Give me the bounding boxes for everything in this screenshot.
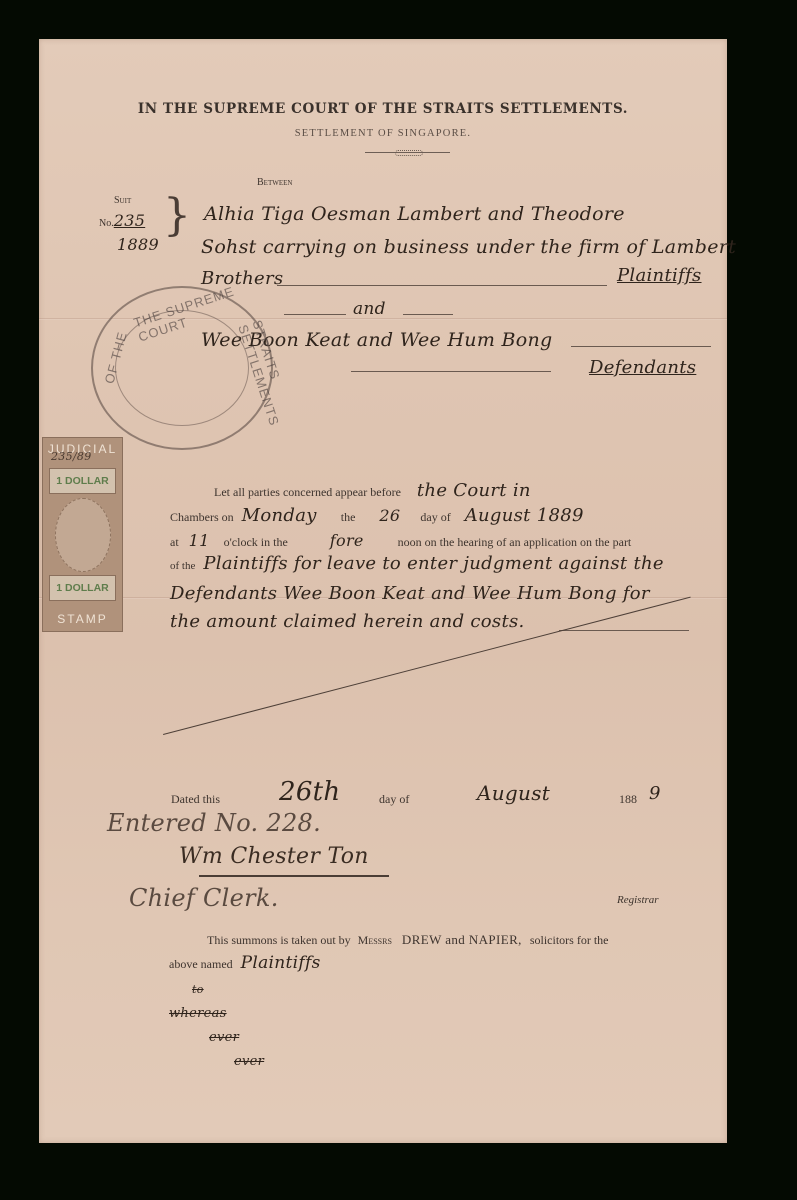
printed-text: the <box>341 510 356 524</box>
printed-text: above named <box>169 957 233 971</box>
dated-year-printed: 188 <box>619 792 637 807</box>
solicitors-line-1: This summons is taken out by Messrs DREW… <box>207 931 608 949</box>
suit-year: 1889 <box>117 235 159 254</box>
dated-year-hand: 9 <box>649 783 661 804</box>
blank-line <box>559 630 689 631</box>
entered-number: Entered No. 228. <box>107 809 321 837</box>
day-of-label: day of <box>379 792 409 807</box>
handwritten-month: August 1889 <box>465 505 584 526</box>
struck-text-1: to <box>192 983 204 996</box>
struck-text-3: ever <box>209 1030 239 1045</box>
between-label: Between <box>257 177 292 188</box>
printed-text: Chambers on <box>170 510 234 524</box>
defendants-role: Defendants <box>589 357 696 378</box>
solicitor-firm: DREW and NAPIER, <box>402 932 522 947</box>
summons-line-3: at 11 o'clock in the fore noon on the he… <box>170 531 631 551</box>
signature: Wm Chester Ton <box>179 844 369 869</box>
plaintiffs-line-2: Sohst carrying on business under the fir… <box>201 236 736 258</box>
summons-line-2: Chambers on Monday the 26 day of August … <box>170 505 584 526</box>
handwritten-day: Monday <box>242 505 317 526</box>
dated-day: 26th <box>279 777 340 807</box>
handwritten-hour: 11 <box>189 531 210 550</box>
messrs-label: Messrs <box>358 933 392 947</box>
blank-line <box>403 314 453 315</box>
suit-number-prefix: No. <box>99 218 114 229</box>
and-label: and <box>353 299 386 319</box>
stamp-value-top: 1 DOLLAR <box>49 468 116 494</box>
court-title: IN THE SUPREME COURT OF THE STRAITS SETT… <box>39 101 727 117</box>
solicitors-line-2: above named Plaintiffs <box>169 953 321 973</box>
printed-text: solicitors for the <box>530 933 609 947</box>
court-seal: THE SUPREME COURT OF THE STRAITS SETTLEM… <box>91 286 273 450</box>
signature-underline <box>199 875 389 877</box>
blank-line <box>284 314 346 315</box>
handwritten-text: the Court in <box>417 480 531 501</box>
printed-text: This summons is taken out by <box>207 933 351 947</box>
handwritten-date: 26 <box>379 506 400 525</box>
stamp-bottom-label: STAMP <box>43 612 122 626</box>
printed-text: of the <box>170 560 195 572</box>
summons-line-5: Defendants Wee Boon Keat and Wee Hum Bon… <box>170 583 650 604</box>
handwritten-party: Plaintiffs <box>241 953 321 973</box>
printed-text: noon on the hearing of an application on… <box>398 535 632 549</box>
printed-text: day of <box>420 510 450 524</box>
dated-label: Dated this <box>171 792 220 807</box>
settlement-subtitle: SETTLEMENT OF SINGAPORE. <box>39 128 727 139</box>
brace-glyph: } <box>163 194 191 238</box>
struck-text-2: whereas <box>169 1006 227 1021</box>
ornament-divider <box>365 152 450 158</box>
judicial-stamp: JUDICIAL 1 DOLLAR 1 DOLLAR STAMP 235/89 <box>42 437 123 632</box>
blank-line <box>277 285 607 286</box>
summons-line-4: of the Plaintiffs for leave to enter jud… <box>170 553 664 574</box>
plaintiffs-role: Plaintiffs <box>617 265 702 286</box>
queen-portrait-icon <box>55 498 111 572</box>
plaintiffs-line-1: Alhia Tiga Oesman Lambert and Theodore <box>204 203 625 225</box>
suit-number: No.235 <box>99 211 145 231</box>
struck-text-4: ever <box>234 1054 264 1069</box>
handwritten-text: Plaintiffs for leave to enter judgment a… <box>203 553 663 574</box>
summons-line-1: Let all parties concerned appear before … <box>214 480 531 501</box>
stamp-value-bottom: 1 DOLLAR <box>49 575 116 601</box>
printed-text: o'clock in the <box>224 535 288 549</box>
dated-month: August <box>477 781 550 805</box>
handwritten-period: fore <box>330 531 364 550</box>
summons-line-6: the amount claimed herein and costs. <box>170 611 525 632</box>
blank-line <box>571 346 711 347</box>
printed-text: Let all parties concerned appear before <box>214 485 401 499</box>
document-page: IN THE SUPREME COURT OF THE STRAITS SETT… <box>39 39 727 1143</box>
registrar-label: Registrar <box>617 894 659 906</box>
suit-number-value: 235 <box>114 211 145 230</box>
suit-label: Suit <box>114 195 131 206</box>
blank-line <box>351 371 551 372</box>
printed-text: at <box>170 535 179 549</box>
stamp-cancel-mark: 235/89 <box>51 450 92 463</box>
chief-clerk: Chief Clerk. <box>129 884 279 912</box>
